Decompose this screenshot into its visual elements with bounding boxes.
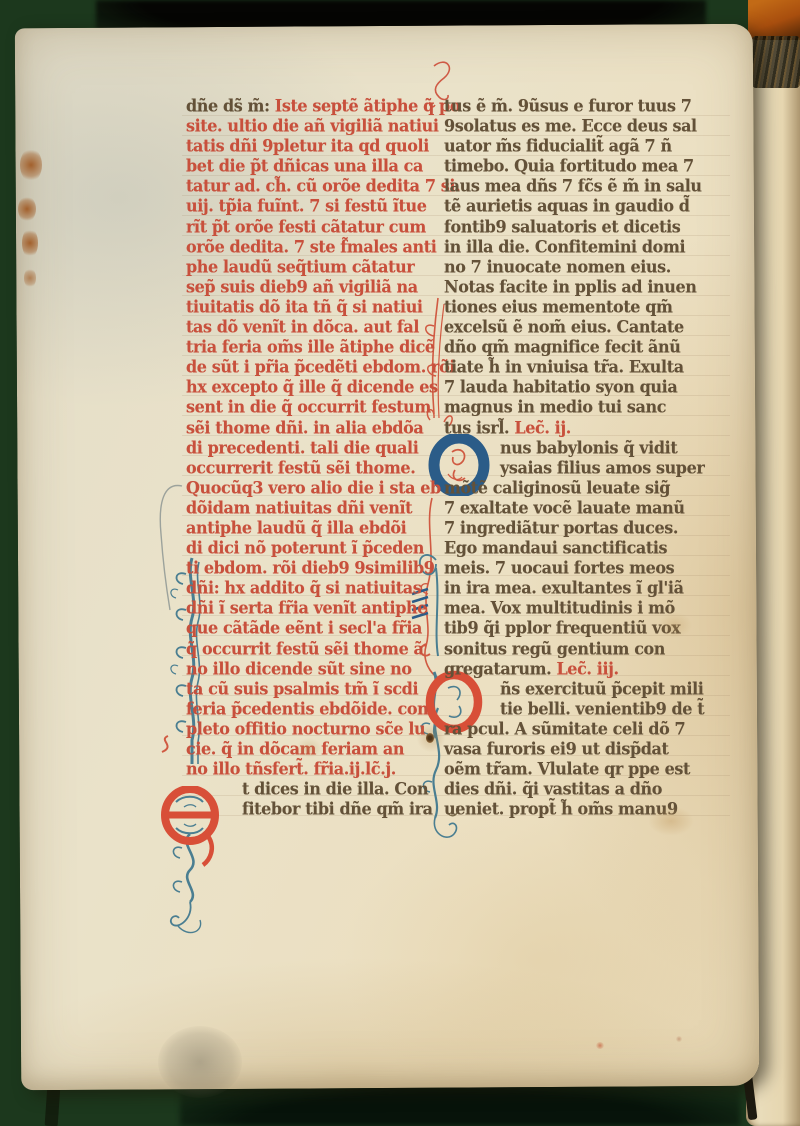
red-fleck <box>676 1036 682 1042</box>
text-line: antiphe laudũ q̃ illa ebdõi <box>186 518 440 539</box>
text-line: hx excepto q̃ ille q̃ dicende es <box>186 377 440 398</box>
manuscript-photo: O D E dñe ds̃ m̃: Iste septẽ ãtiphe q̃ p… <box>0 0 800 1126</box>
text-line: tria feria om̃s ille ãtiphe dicẽ <box>186 337 440 358</box>
text-line: 7 ingrediãtur portas duces. <box>444 518 734 539</box>
binding-corner <box>748 0 800 40</box>
text-line: de sũt i pr̃ia p̃cedẽti ebdom. rõi <box>186 357 440 378</box>
text-line: di dici nõ poterunt ĩ p̃ceden <box>186 538 440 559</box>
text-line: tus isrl̃. Lec̃. ij. <box>444 418 734 439</box>
red-fleck <box>596 1042 604 1049</box>
bottom-smudge-stain <box>158 1026 242 1098</box>
text-line: dñi: hx addito q̃ si natiuitas <box>186 578 440 599</box>
text-line: ra pcul. A sũmitate celi dõ 7 <box>444 719 734 740</box>
text-line: occurrerit festũ sẽi thome. <box>186 458 440 479</box>
text-line: no illo dicende sũt sine no <box>186 659 440 680</box>
text-line: in ira mea. exultantes ĩ gl'iã <box>444 578 734 599</box>
text-line: feria p̃cedentis ebdõide. con <box>186 699 440 720</box>
text-line: dño qm̃ magnifice fecit ãnũ <box>444 337 734 358</box>
text-line: mea. Vox multitudinis i mõ <box>444 598 734 619</box>
text-line: vasa furoris ei9 ut disp̃dat <box>444 739 734 760</box>
text-line: tiate h̃ in vniuisa tr̃a. Exulta <box>444 357 734 378</box>
text-line: ñs exercituũ p̃cepit mili <box>444 679 734 700</box>
text-line: tus ẽ m̃. 9ũsus e furor tuus 7 <box>444 96 734 117</box>
right-text-column: tus ẽ m̃. 9ũsus e furor tuus 79solatus e… <box>444 96 734 819</box>
text-line: no illo tñsfert̃. fr̃ia.ij.lc̃.j. <box>186 759 440 780</box>
parchment-flaw <box>426 733 434 743</box>
parchment-stain <box>648 806 694 836</box>
text-line: sẽi thome dñi. in alia ebdõa <box>186 418 440 439</box>
text-line: dõidam natiuitas dñi venĩt <box>186 498 440 519</box>
text-line: fitebor tibi dñe qm̃ ira <box>186 799 440 820</box>
text-line: tas dõ venĩt in dõca. aut fal <box>186 317 440 338</box>
text-line: ti ebdom. rõi dieb9 9similib9 <box>186 558 440 579</box>
text-line: tatis dñi 9pletur ita qd quoli <box>186 136 440 157</box>
text-line: pleto offitio nocturno sc̃e lu <box>186 719 440 740</box>
fore-edge-texture <box>752 36 800 88</box>
text-line: gregatarum. Lec̃. iij. <box>444 659 734 680</box>
parchment-stain <box>296 738 322 758</box>
text-line: tiuitatis dõ ita tñ q̃ si natiui <box>186 297 440 318</box>
bookmark-tassel <box>45 1086 61 1126</box>
text-line: sonitus regũ gentium con <box>444 639 734 660</box>
text-line: tatur ad. ch̃. cũ orõe dedita 7 si. <box>186 176 440 197</box>
text-line: tẽ aurietis aquas in gaudio d̃ <box>444 196 734 217</box>
text-line: uator m̃s fiducialit̃ agã 7 ñ <box>444 136 734 157</box>
text-line: 9solatus es me. Ecce deus sal <box>444 116 734 137</box>
text-line: sent in die q̃ occurrit festum <box>186 397 440 418</box>
text-line: timebo. Quia fortitudo mea 7 <box>444 156 734 177</box>
text-line: dñi ĩ serta fr̃ia venĩt antiphe <box>186 598 440 619</box>
text-line: oẽm tr̃am. Vlulate qr ppe est <box>444 759 734 780</box>
text-line: bet die p̃t dñicas una illa ca <box>186 156 440 177</box>
text-line: site. ultio die añ vigiliã natiui <box>186 116 440 137</box>
text-line: t dices in die illa. Con <box>186 779 440 800</box>
left-text-column: dñe ds̃ m̃: Iste septẽ ãtiphe q̃ posite.… <box>186 96 440 819</box>
rust-stain <box>18 196 36 222</box>
text-line: dies dñi. q̃i vastitas a dño <box>444 779 734 800</box>
text-line: Notas facite in pplis ad inuen <box>444 277 734 298</box>
text-line: dñe ds̃ m̃: Iste septẽ ãtiphe q̃ po <box>186 96 440 117</box>
text-line: excelsũ ẽ nom̃ eius. Cantate <box>444 317 734 338</box>
text-line: in illa die. Confitemini domi <box>444 237 734 258</box>
text-line: tiones eius mementote qm̃ <box>444 297 734 318</box>
text-line: nus babylonis q̃ vidit <box>444 438 734 459</box>
text-line: phe laudũ seq̃tium cãtatur <box>186 257 440 278</box>
text-line: sep̃ suis dieb9 añ vigiliã na <box>186 277 440 298</box>
text-line: tie belli. venientib9 de t̃ <box>444 699 734 720</box>
text-line: magnus in medio tui sanc <box>444 397 734 418</box>
text-line: ta cũ suis psalmis tm̃ ĩ scdi <box>186 679 440 700</box>
text-line: q̃ occurrit festũ sẽi thome ã <box>186 639 440 660</box>
rust-stain <box>22 228 38 258</box>
rust-stain <box>24 268 36 288</box>
text-line: Ego mandaui sanctificatis <box>444 538 734 559</box>
text-line: 7 lauda habitatio syon quia <box>444 377 734 398</box>
text-line: 7 exaltate vocẽ lauate manũ <box>444 498 734 519</box>
text-line: fontib9 saluatoris et dicetis <box>444 217 734 238</box>
rust-stain <box>20 148 42 182</box>
text-line: que cãtãde eẽnt i secl'a fr̃ia <box>186 618 440 639</box>
text-line: rĩt p̃t orõe festi cãtatur cum <box>186 217 440 238</box>
text-line: mõtẽ caliginosũ leuate sig̃ <box>444 478 734 499</box>
text-line: Quocũq3 vero alio die i sta eb <box>186 478 440 499</box>
text-line: laus mea dñs 7 fc̃s ẽ m̃ in salu <box>444 176 734 197</box>
text-line: uij. tp̃ia fuĩnt. 7 si festũ ĩtue <box>186 196 440 217</box>
text-line: ysaias filius amos super <box>444 458 734 479</box>
parchment-stain <box>658 612 692 638</box>
text-line: meis. 7 uocaui fortes meos <box>444 558 734 579</box>
text-line: no 7 inuocate nomen eius. <box>444 257 734 278</box>
text-line: di precedenti. tali die quali <box>186 438 440 459</box>
text-line: orõe dedita. 7 ste f̃males anti <box>186 237 440 258</box>
